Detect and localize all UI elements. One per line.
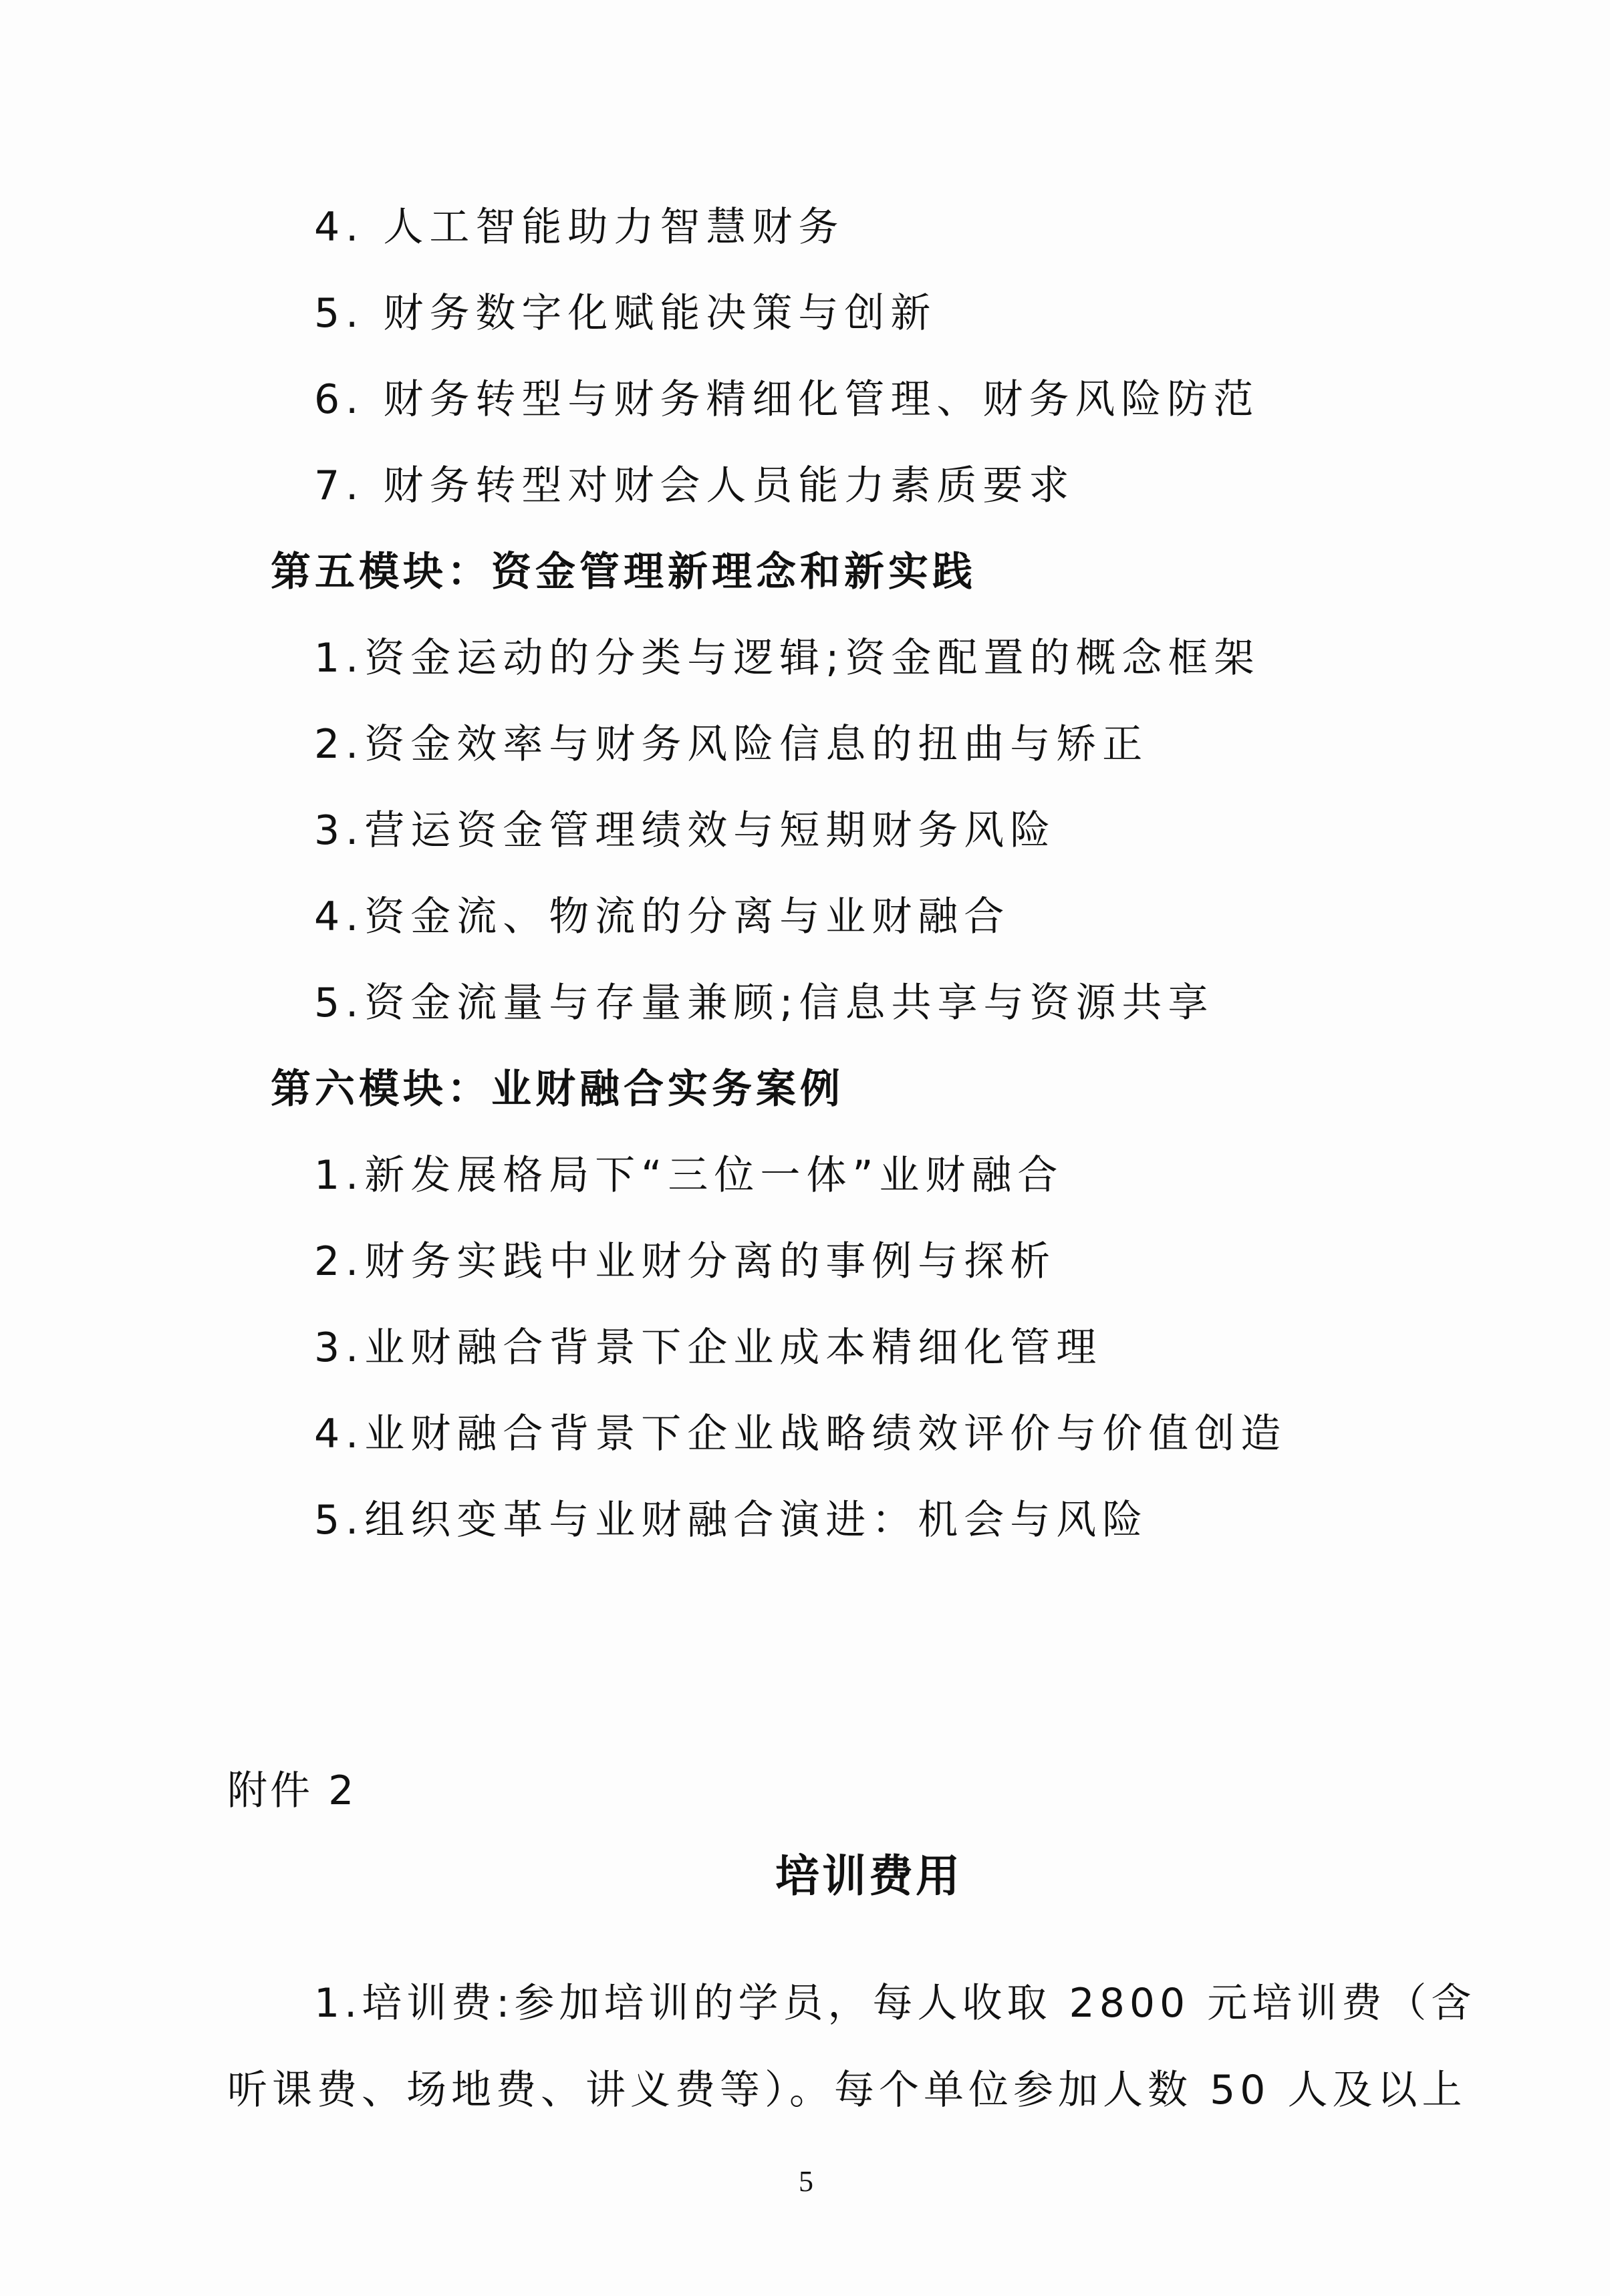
list-item: 5.组织变革与业财融合演进：机会与风险 xyxy=(314,1497,1148,1544)
list-item: 4.资金流、物流的分离与业财融合 xyxy=(314,893,1010,940)
list-item: 7. 财务转型对财会人员能力素质要求 xyxy=(314,462,1075,509)
attachment-title: 培训费用 xyxy=(775,1853,962,1900)
list-item: 1.新发展格局下“三位一体”业财融合 xyxy=(314,1152,1063,1199)
page-number: 5 xyxy=(799,2158,813,2205)
list-item: 1.资金运动的分类与逻辑;资金配置的概念框架 xyxy=(314,635,1260,682)
list-item: 4.业财融合背景下企业战略绩效评价与价值创造 xyxy=(314,1411,1287,1457)
list-item: 4. 人工智能助力智慧财务 xyxy=(314,204,844,251)
list-item: 2.财务实践中业财分离的事例与探析 xyxy=(314,1238,1056,1285)
module5-heading: 第五模块：资金管理新理念和新实践 xyxy=(271,549,976,595)
attachment-label: 附件 2 xyxy=(227,1767,356,1814)
module6-heading: 第六模块：业财融合实务案例 xyxy=(271,1066,844,1113)
fee-paragraph-line: 1.培训费:参加培训的学员，每人收取 2800 元培训费（含 xyxy=(314,1980,1476,2027)
list-item: 6. 财务转型与财务精细化管理、财务风险防范 xyxy=(314,376,1259,423)
list-item: 5. 财务数字化赋能决策与创新 xyxy=(314,290,936,337)
list-item: 3.营运资金管理绩效与短期财务风险 xyxy=(314,807,1056,854)
fee-paragraph-line: 听课费、场地费、讲义费等）。每个单位参加人数 50 人及以上 xyxy=(227,2067,1467,2114)
list-item: 3.业财融合背景下企业成本精细化管理 xyxy=(314,1324,1102,1371)
list-item: 2.资金效率与财务风险信息的扭曲与矫正 xyxy=(314,721,1148,768)
list-item: 5.资金流量与存量兼顾;信息共享与资源共享 xyxy=(314,980,1214,1026)
